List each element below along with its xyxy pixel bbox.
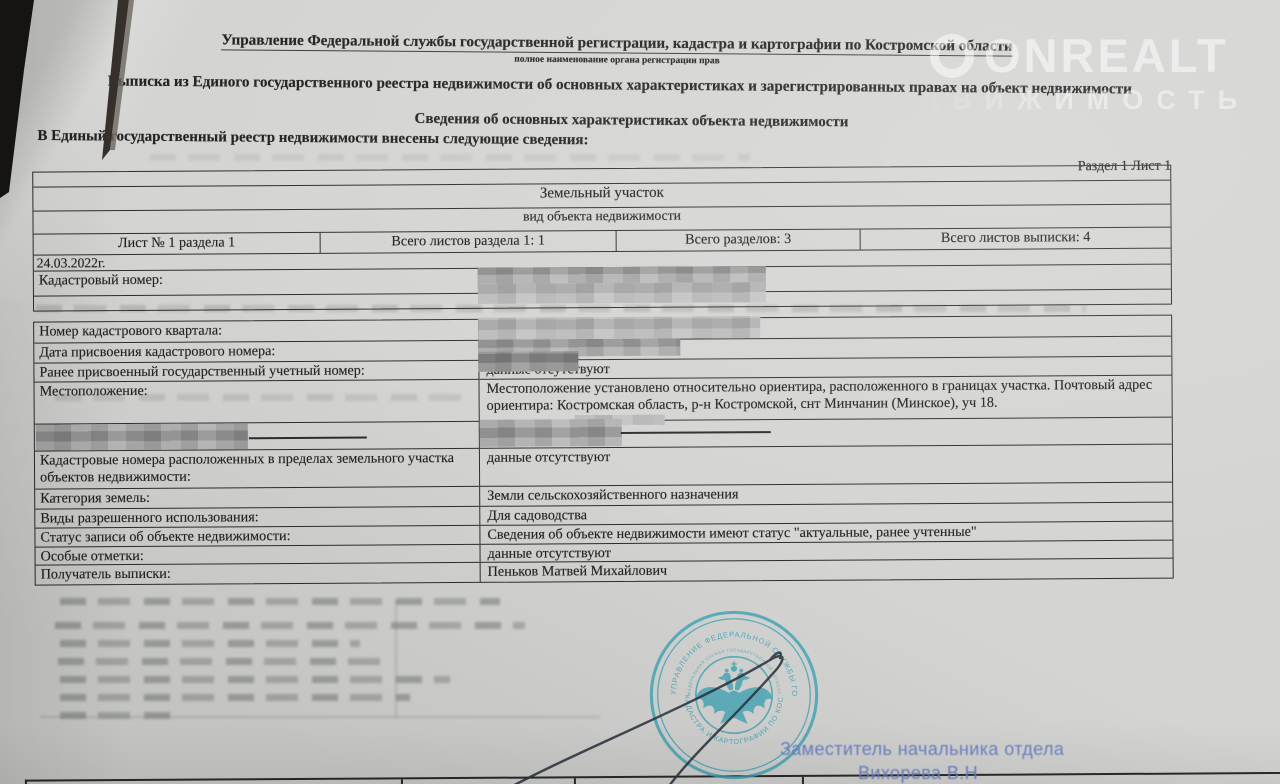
facsimile-position: Заместитель начальника отдела [780, 739, 1064, 760]
sheet-cell: Всего разделов: 3 [617, 230, 861, 251]
redaction-mosaic [478, 316, 760, 340]
facsimile-name: Вихорева В.Н [858, 763, 978, 784]
redaction-mosaic [478, 266, 766, 284]
sheet-cell: Всего листов выписки: 4 [861, 228, 1171, 250]
signature-stroke [480, 600, 820, 784]
row-label: Получатель выписки: [36, 563, 481, 585]
row-label: Кадастровые номера расположенных в преде… [35, 449, 480, 489]
redaction-mosaic [36, 423, 248, 450]
redaction-mosaic [480, 419, 622, 447]
redaction-mosaic [478, 282, 766, 304]
sheet-cell: Всего листов раздела 1: 1 [321, 231, 617, 253]
row-value: Местоположение установлено относительно … [479, 376, 1171, 421]
row-label: Номер кадастрового квартала: [34, 320, 479, 343]
row-value: Пеньков Матвей Михайлович [481, 559, 1173, 582]
row-label: Кадастровый номер: [34, 269, 479, 296]
pen-shadow [92, 0, 140, 168]
redaction-mosaic [478, 351, 578, 372]
row-value: данные отсутствуют [480, 445, 1172, 486]
watermark-logo-icon [930, 34, 974, 78]
watermark-brand: ONREALT [984, 28, 1229, 83]
watermark-subtitle: НЕДВИЖИМОСТЬ [850, 85, 1250, 116]
sheet-cell: Лист № 1 раздела 1 [34, 233, 321, 255]
row-label: Местоположение: [34, 380, 479, 424]
document-photo: Управление Федеральной службы государств… [0, 0, 1280, 784]
